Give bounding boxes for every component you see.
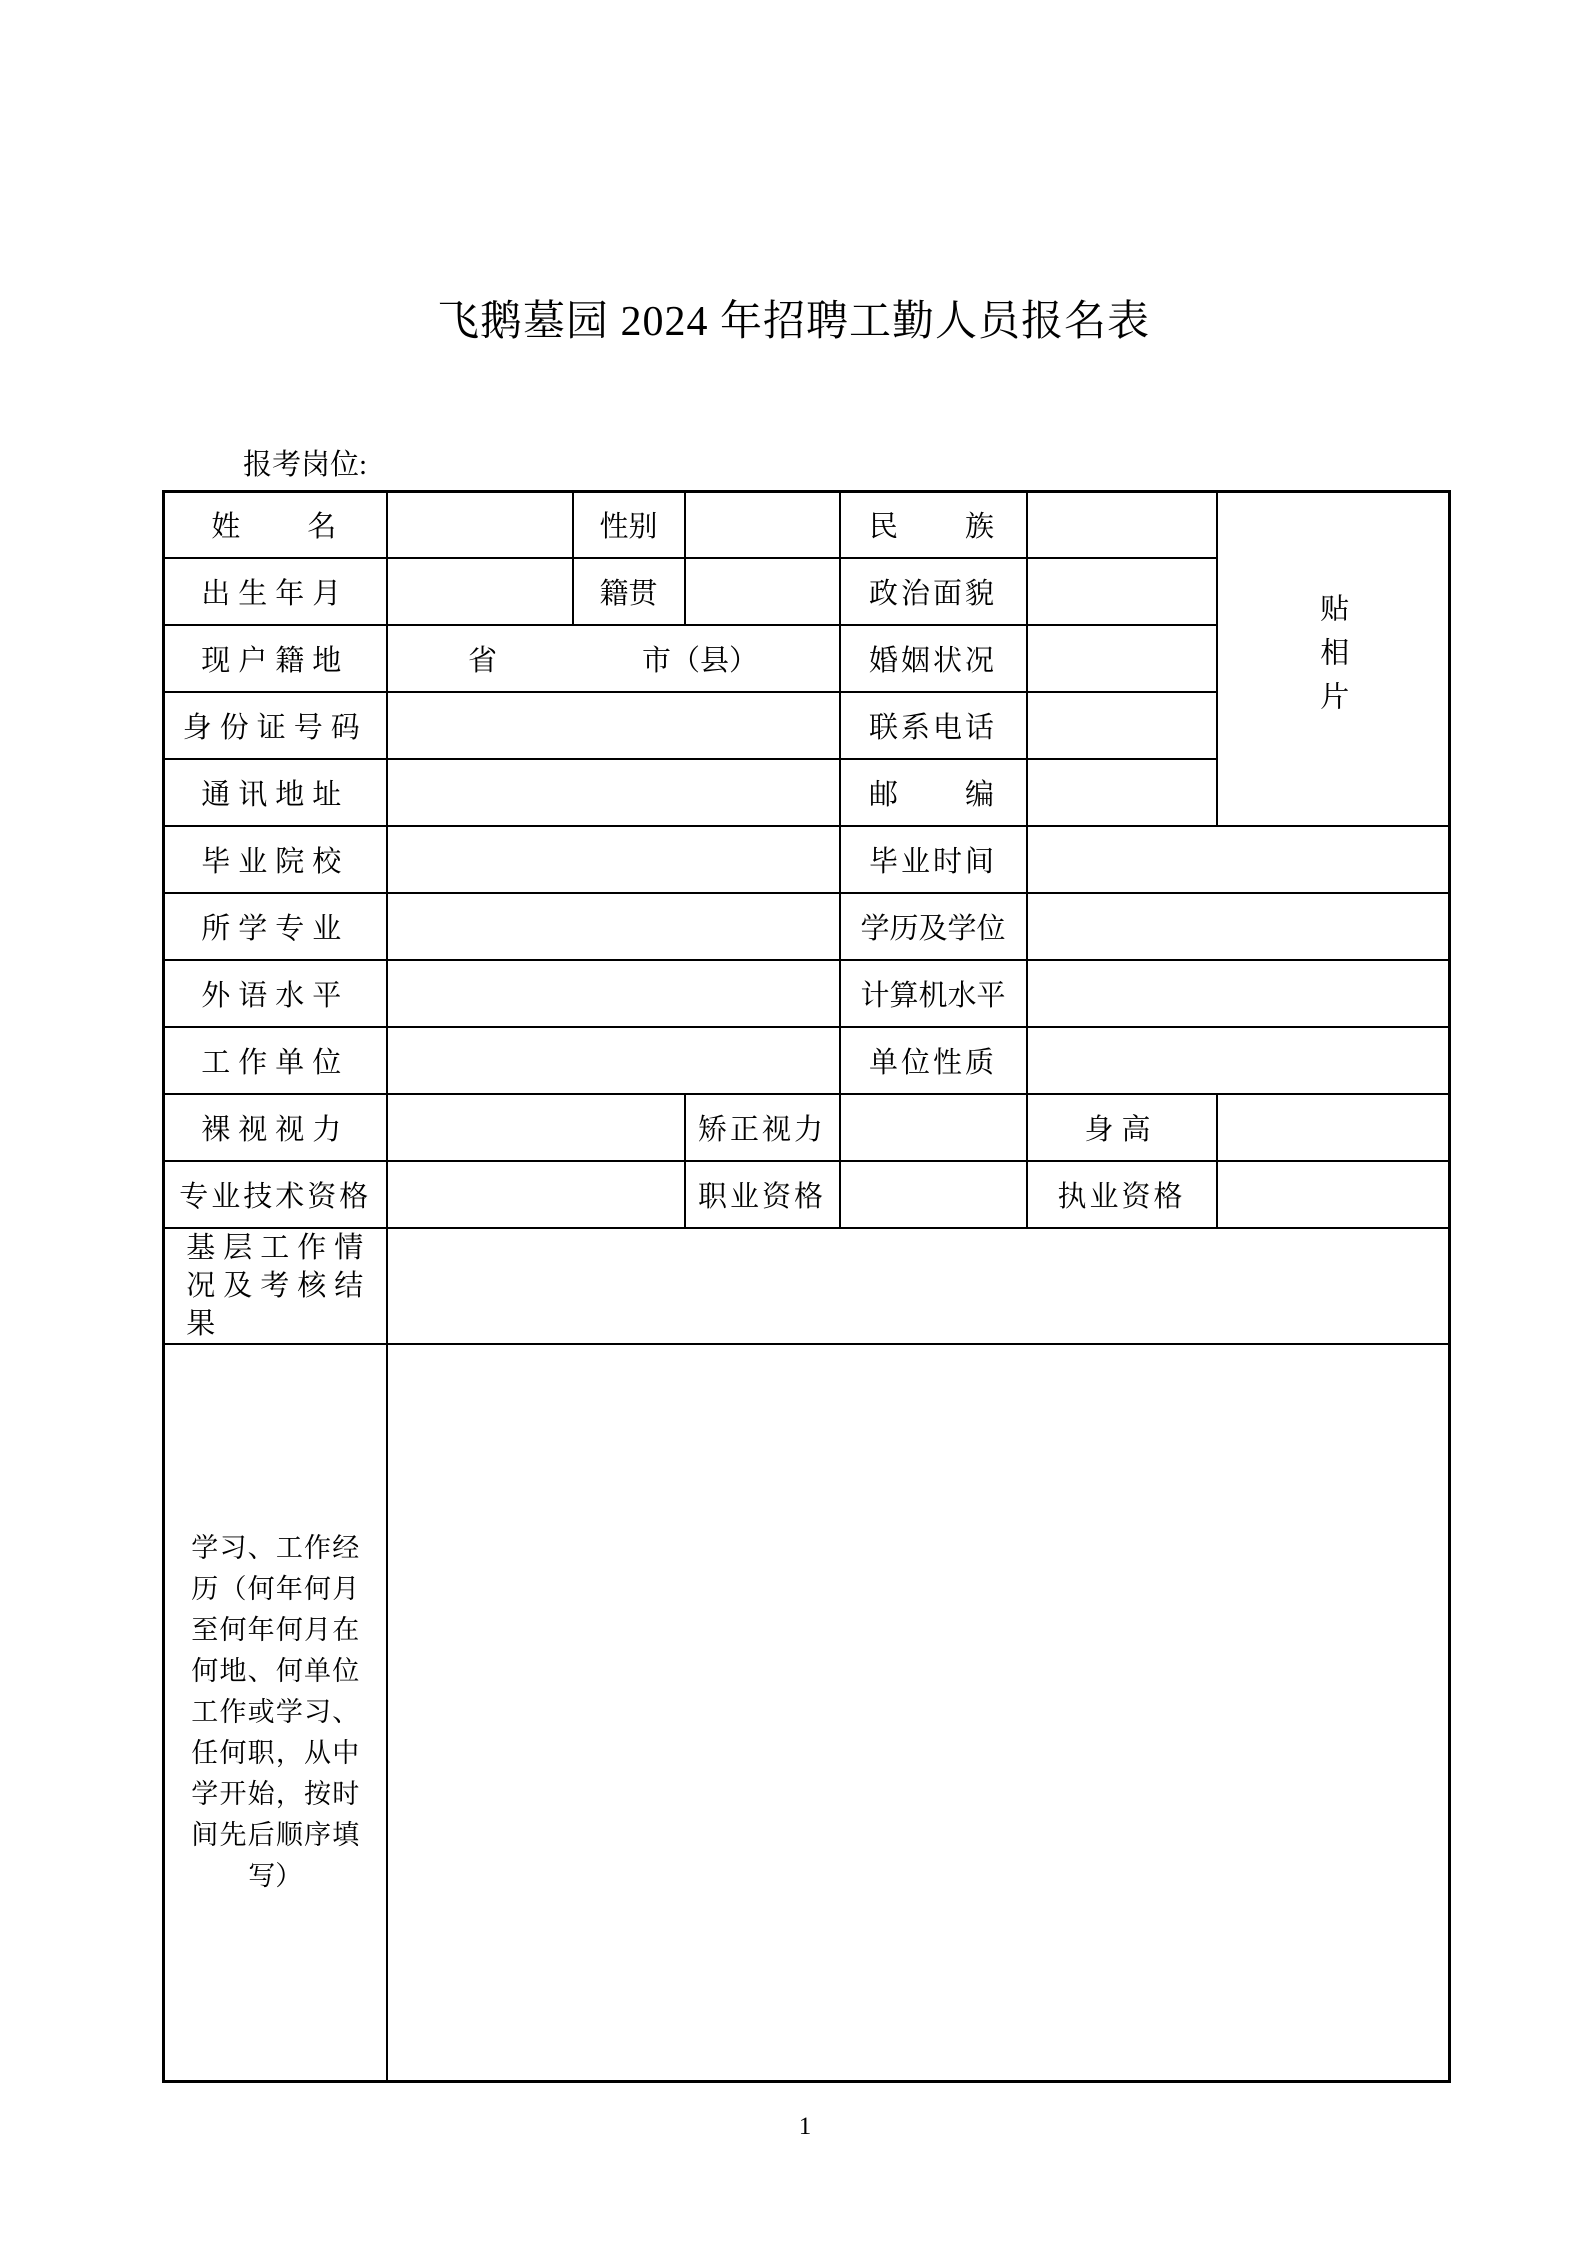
occupational-qualification-label-cell: 职业资格 — [685, 1161, 840, 1228]
row-grassroots: 基层工作情况及考核结果 — [164, 1228, 1450, 1344]
row-graduate-school: 毕业院校 毕业时间 — [164, 826, 1450, 893]
row-experience: 学习、工作经历（何年何月至何年何月在何地、何单位工作或学习、任何职，从中学开始，… — [164, 1344, 1450, 2081]
position-field-label: 报考岗位: — [243, 450, 1587, 480]
graduate-school-input-cell[interactable] — [387, 826, 840, 893]
mailing-address-input-cell[interactable] — [387, 759, 840, 826]
corrected-vision-label-cell: 矫正视力 — [685, 1094, 840, 1161]
political-status-label-cell: 政治面貌 — [840, 558, 1027, 625]
postal-code-input-cell[interactable] — [1027, 759, 1217, 826]
professional-qualification-label-cell: 专业技术资格 — [164, 1161, 387, 1228]
height-input-cell[interactable] — [1217, 1094, 1450, 1161]
graduation-time-label-cell: 毕业时间 — [840, 826, 1027, 893]
work-unit-input-cell[interactable] — [387, 1027, 840, 1094]
ethnicity-label-cell: 民 族 — [840, 491, 1027, 558]
name-label-cell: 姓 名 — [164, 491, 387, 558]
grassroots-input-cell[interactable] — [387, 1228, 1450, 1344]
gender-input-cell[interactable] — [685, 491, 840, 558]
household-label-cell: 现户籍地 — [164, 625, 387, 692]
graduation-time-input-cell[interactable] — [1027, 826, 1450, 893]
education-degree-input-cell[interactable] — [1027, 893, 1450, 960]
row-work-unit: 工作单位 单位性质 — [164, 1027, 1450, 1094]
graduate-school-label-cell: 毕业院校 — [164, 826, 387, 893]
corrected-vision-input-cell[interactable] — [840, 1094, 1027, 1161]
practice-qualification-input-cell[interactable] — [1217, 1161, 1450, 1228]
unit-type-label-cell: 单位性质 — [840, 1027, 1027, 1094]
native-place-input-cell[interactable] — [685, 558, 840, 625]
photo-cell[interactable]: 贴相片 — [1217, 491, 1450, 826]
page-title: 飞鹅墓园 2024 年招聘工勤人员报名表 — [0, 0, 1587, 344]
ethnicity-input-cell[interactable] — [1027, 491, 1217, 558]
major-label-cell: 所学专业 — [164, 893, 387, 960]
row-major: 所学专业 学历及学位 — [164, 893, 1450, 960]
id-number-input-cell[interactable] — [387, 692, 840, 759]
naked-vision-label-cell: 裸视视力 — [164, 1094, 387, 1161]
experience-input-cell[interactable] — [387, 1344, 1450, 2081]
naked-vision-input-cell[interactable] — [387, 1094, 685, 1161]
row-vision: 裸视视力 矫正视力 身高 — [164, 1094, 1450, 1161]
id-number-label-cell: 身份证号码 — [164, 692, 387, 759]
household-input-cell[interactable]: 省 市（县） — [387, 625, 840, 692]
native-place-label-cell: 籍贯 — [573, 558, 685, 625]
phone-label-cell: 联系电话 — [840, 692, 1027, 759]
work-unit-label-cell: 工作单位 — [164, 1027, 387, 1094]
row-foreign-language: 外语水平 计算机水平 — [164, 960, 1450, 1027]
name-input-cell[interactable] — [387, 491, 573, 558]
page-number: 1 — [162, 2113, 1448, 2141]
row-qualifications: 专业技术资格 职业资格 执业资格 — [164, 1161, 1450, 1228]
birth-date-label-cell: 出生年月 — [164, 558, 387, 625]
political-status-input-cell[interactable] — [1027, 558, 1217, 625]
grassroots-label-cell: 基层工作情况及考核结果 — [164, 1228, 387, 1344]
experience-label-cell: 学习、工作经历（何年何月至何年何月在何地、何单位工作或学习、任何职，从中学开始，… — [164, 1344, 387, 2081]
unit-type-input-cell[interactable] — [1027, 1027, 1450, 1094]
birth-date-input-cell[interactable] — [387, 558, 573, 625]
marital-status-input-cell[interactable] — [1027, 625, 1217, 692]
row-name: 姓 名 性别 民 族 贴相片 — [164, 491, 1450, 558]
gender-label-cell: 性别 — [573, 491, 685, 558]
postal-code-label-cell: 邮 编 — [840, 759, 1027, 826]
mailing-address-label-cell: 通讯地址 — [164, 759, 387, 826]
practice-qualification-label-cell: 执业资格 — [1027, 1161, 1217, 1228]
education-degree-label-cell: 学历及学位 — [840, 893, 1027, 960]
computer-skill-label-cell: 计算机水平 — [840, 960, 1027, 1027]
phone-input-cell[interactable] — [1027, 692, 1217, 759]
foreign-language-label-cell: 外语水平 — [164, 960, 387, 1027]
height-label-cell: 身高 — [1027, 1094, 1217, 1161]
computer-skill-input-cell[interactable] — [1027, 960, 1450, 1027]
marital-status-label-cell: 婚姻状况 — [840, 625, 1027, 692]
photo-placeholder-label: 贴相片 — [1312, 593, 1353, 725]
grassroots-label: 基层工作情况及考核结果 — [186, 1229, 364, 1343]
major-input-cell[interactable] — [387, 893, 840, 960]
application-form-table: 姓 名 性别 民 族 贴相片 出生年月 籍贯 政治面貌 现户籍地 省 市（县） … — [162, 490, 1451, 2083]
occupational-qualification-input-cell[interactable] — [840, 1161, 1027, 1228]
professional-qualification-input-cell[interactable] — [387, 1161, 685, 1228]
experience-label: 学习、工作经历（何年何月至何年何月在何地、何单位工作或学习、任何职，从中学开始，… — [191, 1528, 359, 1897]
foreign-language-input-cell[interactable] — [387, 960, 840, 1027]
